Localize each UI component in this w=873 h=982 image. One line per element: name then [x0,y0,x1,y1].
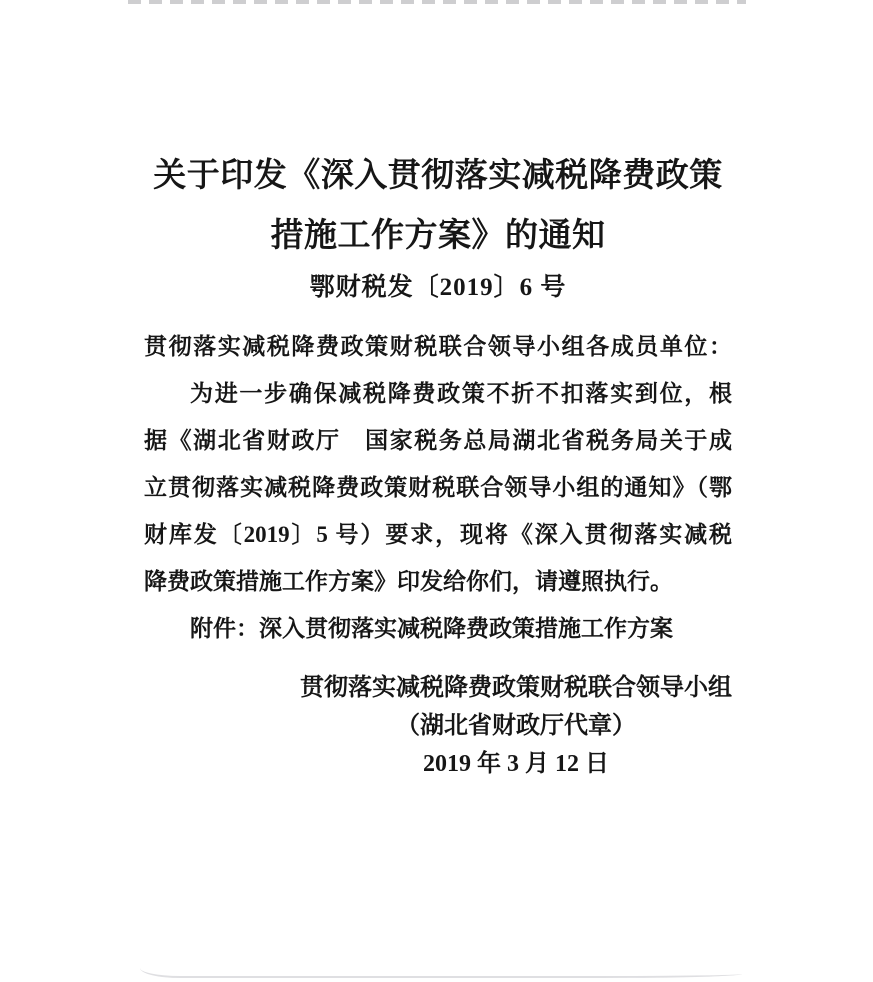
body-line: 降费政策措施工作方案》印发给你们，请遵照执行。 [144,558,732,605]
document-title-line-2: 措施工作方案》的通知 [271,218,606,254]
body-line: 据《湖北省财政厅 国家税务总局湖北省税务局关于成 [144,417,732,464]
signature-organization: 贯彻落实减税降费政策财税联合领导小组 [300,669,732,707]
body-line: 财库发〔2019〕5 号）要求，现将《深入贯彻落实减税 [144,511,732,558]
body-line: 为进一步确保减税降费政策不折不扣落实到位，根 [144,370,732,417]
document-title: 关于印发《深入贯彻落实减税降费政策 措施工作方案》的通知 [144,146,732,266]
scanned-document-page: 关于印发《深入贯彻落实减税降费政策 措施工作方案》的通知 鄂财税发〔2019〕6… [0,0,873,982]
document-content: 关于印发《深入贯彻落实减税降费政策 措施工作方案》的通知 鄂财税发〔2019〕6… [144,0,732,783]
signature-date: 2019 年 3 月 12 日 [300,745,732,783]
document-number: 鄂财税发〔2019〕6 号 [144,270,732,306]
body-line: 立贯彻落实减税降费政策财税联合领导小组的通知》（鄂 [144,464,732,511]
signature-block: 贯彻落实减税降费政策财税联合领导小组 （湖北省财政厅代章） 2019 年 3 月… [300,669,732,783]
signature-seal-note: （湖北省财政厅代章） [300,707,732,745]
scan-edge-artifact-bottom [140,962,742,978]
body-line-attachment: 附件：深入贯彻落实减税降费政策措施工作方案 [144,605,732,652]
body-line-salutation: 贯彻落实减税降费政策财税联合领导小组各成员单位： [144,323,732,370]
document-body: 贯彻落实减税降费政策财税联合领导小组各成员单位： 为进一步确保减税降费政策不折不… [144,323,732,652]
document-title-line-1: 关于印发《深入贯彻落实减税降费政策 [153,158,723,194]
